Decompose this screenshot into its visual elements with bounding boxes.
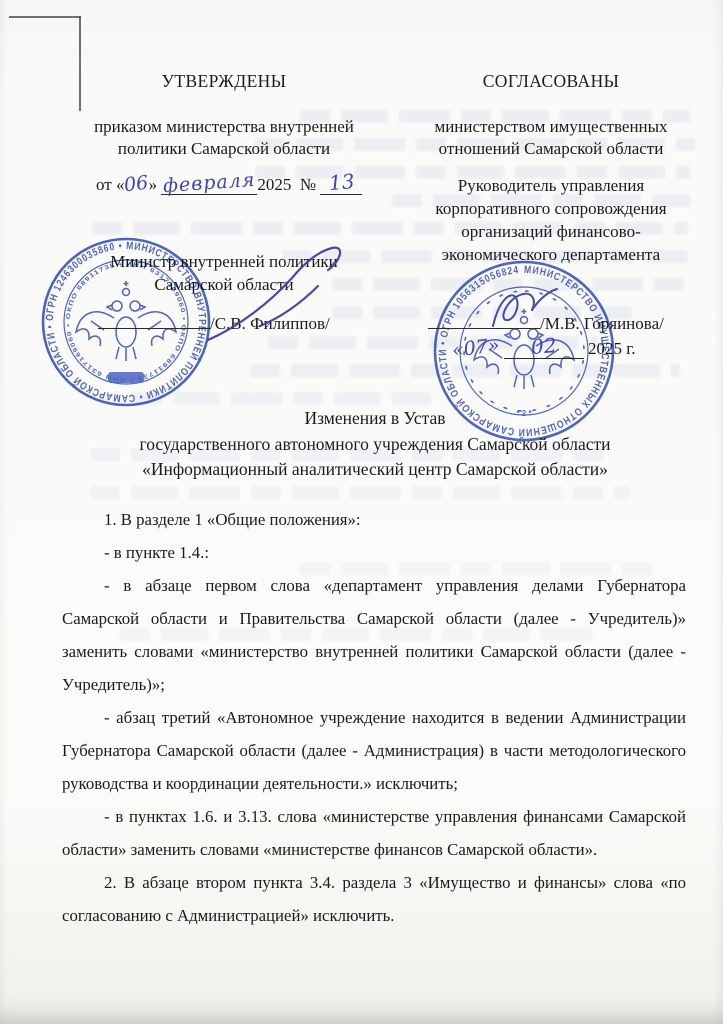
seal-banner [108,372,144,383]
handwritten-day: «07» [451,334,501,362]
signature-line [98,314,210,329]
document-title-line3: «Информационный аналитический центр Сама… [26,457,723,483]
signature-stroke-filippov-icon [200,240,370,345]
document-body: 1. В разделе 1 «Общие положения»: - в пу… [62,503,686,932]
approved-block: УТВЕРЖДЕНЫ приказом министерства внутрен… [58,70,390,160]
body-paragraph: - в пунктах 1.6. и 3.13. слова «министер… [62,800,686,866]
date-prefix: от « [96,175,124,194]
signature-stroke-goryainova-icon [487,286,567,334]
approved-date-row: от «06» февраля2025 № 13 [96,170,362,195]
date-quote-close: » [149,175,158,194]
agreed-heading: СОГЛАСОВАНЫ [398,70,704,92]
handwritten-month: февраля [163,169,257,197]
agreed-signer-title-line: организаций финансово- [398,220,704,243]
agreed-signer-title-line: Руководитель управления [398,174,704,197]
approved-org-line1: приказом министерства внутренней [58,116,390,138]
body-paragraph: 2. В абзаце втором пункта 3.4. раздела 3… [62,866,686,932]
body-paragraph: - в пункте 1.4.: [62,536,686,569]
seal-bottom-mark: * 2 * [516,409,532,418]
handwritten-day: 06 [123,172,150,197]
agreed-date-row: «07» 02 2025 г. [452,334,636,359]
date-year: 2025 [257,175,291,194]
agreed-org-line2: отношений Самарской области [398,138,704,160]
body-paragraph: - в абзаце первом слова «департамент упр… [62,569,686,701]
approved-heading: УТВЕРЖДЕНЫ [58,70,390,92]
bleed-through-line [90,486,630,499]
approved-org-line2: политики Самарской области [58,138,390,160]
body-paragraph: 1. В разделе 1 «Общие положения»: [62,503,686,536]
body-paragraph: - абзац третий «Автономное учреждение на… [62,701,686,800]
handwritten-number: 13 [328,169,355,195]
handwritten-month: 02 [530,333,557,359]
agreed-block: СОГЛАСОВАНЫ министерством имущественных … [398,70,704,160]
number-sign: № [300,175,316,194]
scanned-document-page: УТВЕРЖДЕНЫ приказом министерства внутрен… [0,0,723,1024]
date-year: 2025 г. [588,339,636,358]
agreed-signer-title-line: корпоративного сопровождения [398,197,704,220]
agreed-org-line1: министерством имущественных [398,116,704,138]
agreed-signer-title: Руководитель управления корпоративного с… [398,174,704,266]
scan-corner-artifact [9,16,81,18]
